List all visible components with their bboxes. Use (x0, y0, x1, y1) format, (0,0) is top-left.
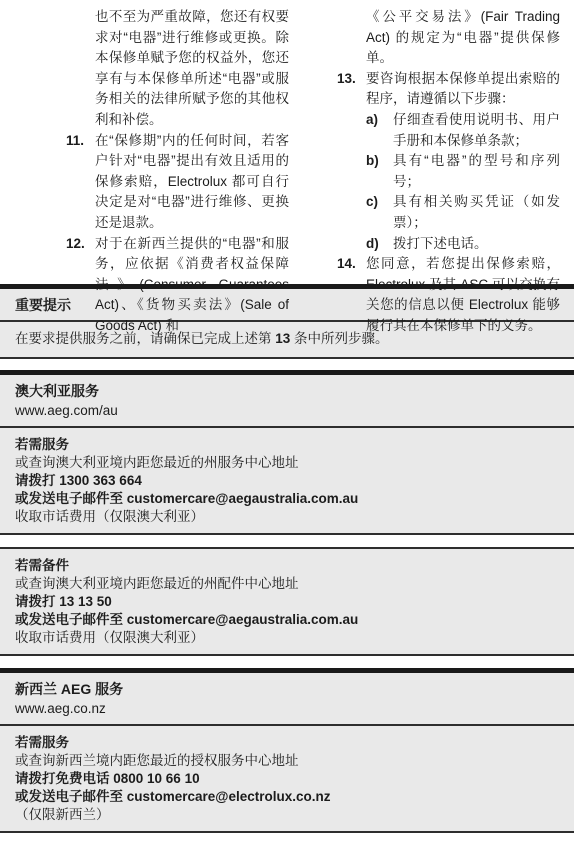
australia-service-title: 澳大利亚服务 (15, 382, 559, 401)
item-number: 12. (66, 234, 95, 337)
warranty-terms-right-column: 《公平交易法》(Fair Trading Act) 的规定为“电器”提供保修单。… (337, 7, 560, 284)
service-phone-line: 请拨打 1300 363 664 (15, 472, 559, 490)
australia-service-box: 澳大利亚服务 www.aeg.com/au 若需服务 或查询澳大利亚境内距您最近… (0, 370, 574, 535)
australia-spare-parts-details: 若需备件 或查询澳大利亚境内距您最近的州配件中心地址 请拨打 13 13 50 … (0, 549, 574, 654)
item-text: 要咨询根据本保修单提出索赔的程序，请遵循以下步骤： (366, 69, 560, 110)
step-text: 具有“电器”的型号和序列号； (393, 151, 560, 192)
step-text: 仔细查看使用说明书、用户手册和本保修单条款； (393, 110, 560, 151)
item-number: 14. (337, 254, 366, 336)
new-zealand-website-url: www.aeg.co.nz (15, 699, 559, 718)
list-item-continuation: 《公平交易法》(Fair Trading Act) 的规定为“电器”提供保修单。 (337, 7, 560, 69)
claim-steps-list: a) 仔细查看使用说明书、用户手册和本保修单条款； b) 具有“电器”的型号和序… (337, 110, 560, 254)
item-text: 《公平交易法》(Fair Trading Act) 的规定为“电器”提供保修单。 (366, 7, 560, 69)
step-letter: c) (366, 192, 393, 233)
new-zealand-service-details: 若需服务 或查询新西兰境内距您最近的授权服务中心地址 请拨打免费电话 0800 … (0, 726, 574, 831)
item-text: 对于在新西兰提供的“电器”和服务，应依据《消费者权益保障法》(Consumer … (95, 234, 289, 337)
australia-service-header: 澳大利亚服务 www.aeg.com/au (0, 375, 574, 426)
australia-spare-parts-box: 若需备件 或查询澳大利亚境内距您最近的州配件中心地址 请拨打 13 13 50 … (0, 547, 574, 656)
service-call-cost-line: 收取市话费用（仅限澳大利亚） (15, 508, 559, 526)
step-letter: a) (366, 110, 393, 151)
notice-body-prefix: 在要求提供服务之前，请确保已完成上述第 (15, 331, 275, 346)
spare-parts-call-cost-line: 收取市话费用（仅限澳大利亚） (15, 629, 559, 647)
step-letter: d) (366, 234, 393, 255)
notice-body-clause-number: 13 (275, 331, 290, 346)
item-text: 也不至为严重故障，您还有权要求对“电器”进行维修或更换。除本保修单赋予您的权益外… (95, 7, 289, 131)
spare-parts-phone-line: 请拨打 13 13 50 (15, 593, 559, 611)
australia-website-url: www.aeg.com/au (15, 401, 559, 420)
list-item-13: 13. 要咨询根据本保修单提出索赔的程序，请遵循以下步骤： (337, 69, 560, 110)
step-letter: b) (366, 151, 393, 192)
item-number: 11. (66, 131, 95, 234)
service-region-limit-line: （仅限新西兰） (15, 806, 559, 824)
item-number (66, 7, 95, 131)
service-heading: 若需服务 (15, 734, 559, 752)
spare-parts-address-lookup-line: 或查询澳大利亚境内距您最近的州配件中心地址 (15, 575, 559, 593)
claim-step-b: b) 具有“电器”的型号和序列号； (366, 151, 560, 192)
claim-step-a: a) 仔细查看使用说明书、用户手册和本保修单条款； (366, 110, 560, 151)
spare-parts-heading: 若需备件 (15, 557, 559, 575)
list-item-12: 12. 对于在新西兰提供的“电器”和服务，应依据《消费者权益保障法》(Consu… (66, 234, 289, 337)
warranty-terms-left-column: 也不至为严重故障，您还有权要求对“电器”进行维修或更换。除本保修单赋予您的权益外… (66, 7, 289, 284)
spare-parts-email-line: 或发送电子邮件至 customercare@aegaustralia.com.a… (15, 611, 559, 629)
claim-step-c: c) 具有相关购买凭证（如发票）； (366, 192, 560, 233)
service-phone-line: 请拨打免费电话 0800 10 66 10 (15, 770, 559, 788)
service-heading: 若需服务 (15, 436, 559, 454)
item-number (337, 7, 366, 69)
item-text: 您同意，若您提出保修索赔，Electrolux 及其 ASC 可以交换有关您的信… (366, 254, 560, 336)
service-address-lookup-line: 或查询澳大利亚境内距您最近的州服务中心地址 (15, 454, 559, 472)
new-zealand-service-header: 新西兰 AEG 服务 www.aeg.co.nz (0, 673, 574, 724)
service-email-line: 或发送电子邮件至 customercare@electrolux.co.nz (15, 788, 559, 806)
australia-service-details: 若需服务 或查询澳大利亚境内距您最近的州服务中心地址 请拨打 1300 363 … (0, 428, 574, 533)
list-item-14: 14. 您同意，若您提出保修索赔，Electrolux 及其 ASC 可以交换有… (337, 254, 560, 336)
service-address-lookup-line: 或查询新西兰境内距您最近的授权服务中心地址 (15, 752, 559, 770)
claim-step-d: d) 拨打下述电话。 (366, 234, 560, 255)
service-email-line: 或发送电子邮件至 customercare@aegaustralia.com.a… (15, 490, 559, 508)
item-number: 13. (337, 69, 366, 110)
list-item-11: 11. 在“保修期”内的任何时间，若客户针对“电器”提出有效且适用的保修索赔，E… (66, 131, 289, 234)
notice-body-suffix: 条中所列步骤。 (290, 331, 388, 346)
new-zealand-service-box: 新西兰 AEG 服务 www.aeg.co.nz 若需服务 或查询新西兰境内距您… (0, 668, 574, 833)
warranty-terms: 也不至为严重故障，您还有权要求对“电器”进行维修或更换。除本保修单赋予您的权益外… (0, 0, 574, 284)
item-text: 在“保修期”内的任何时间，若客户针对“电器”提出有效且适用的保修索赔，Elect… (95, 131, 289, 234)
warranty-document-page: 也不至为严重故障，您还有权要求对“电器”进行维修或更换。除本保修单赋予您的权益外… (0, 0, 574, 842)
list-item-continuation: 也不至为严重故障，您还有权要求对“电器”进行维修或更换。除本保修单赋予您的权益外… (66, 7, 289, 131)
new-zealand-service-title: 新西兰 AEG 服务 (15, 680, 559, 699)
step-text: 拨打下述电话。 (393, 234, 560, 255)
step-text: 具有相关购买凭证（如发票）； (393, 192, 560, 233)
